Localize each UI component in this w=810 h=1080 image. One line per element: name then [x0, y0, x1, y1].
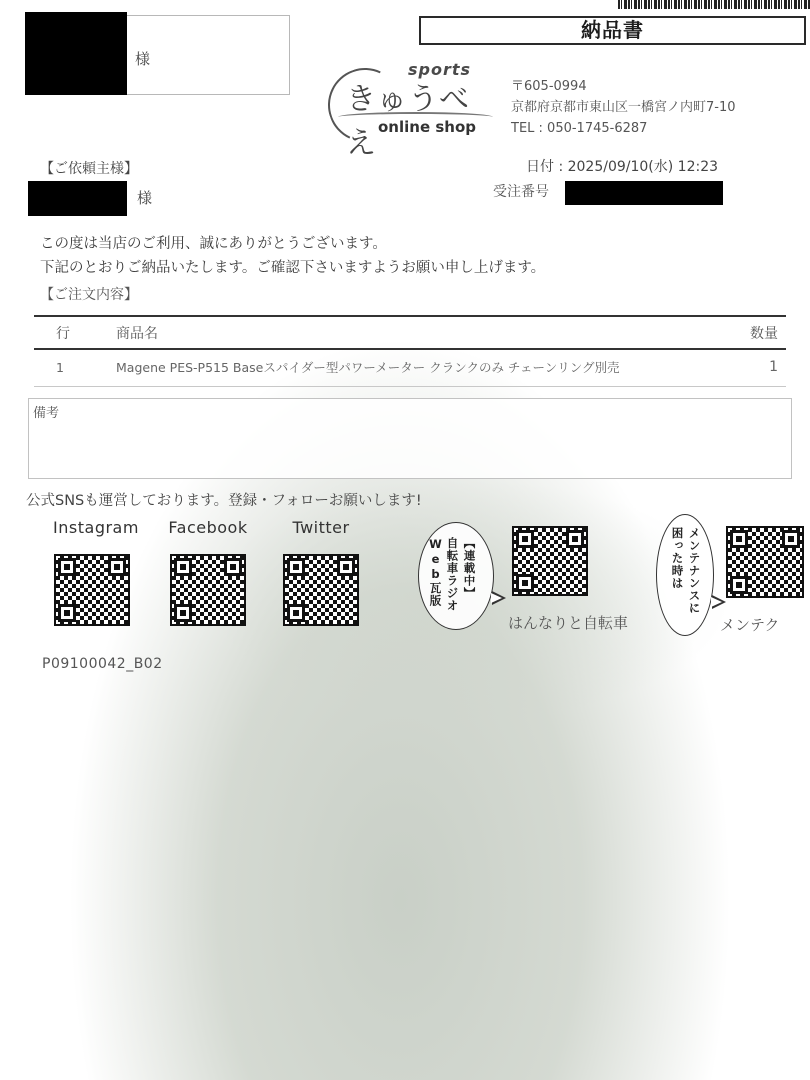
shop-postal-code: 〒605-0994	[511, 76, 736, 97]
greeting-line-1: この度は当店のご利用、誠にありがとうございます。	[40, 232, 545, 256]
shop-logo: sports きゅうべえ online shop	[328, 60, 498, 140]
shop-info: 〒605-0994 京都府京都市東山区一橋宮ノ内町7-10 TEL : 050-…	[511, 76, 736, 139]
shop-address: 京都府京都市東山区一橋宮ノ内町7-10	[511, 97, 736, 118]
column-header-product: 商品名	[116, 316, 718, 349]
maintenance-speech-bubble: メンテナンスに 困った時は	[656, 514, 714, 636]
radio-bubble-line-2: 自転車ラジオ	[446, 537, 458, 612]
requester-honorific: 様	[137, 187, 152, 208]
radio-bubble-line-1: 【連載中】	[463, 537, 475, 600]
radio-bubble-line-3: Web瓦版	[429, 537, 441, 607]
requester-label: 【ご依頼主様】	[40, 158, 138, 178]
order-items-table: 行 商品名 数量 1 Magene PES-P515 Baseスパイダー型パワー…	[34, 315, 786, 387]
instagram-qr-code-icon[interactable]	[56, 556, 128, 624]
facebook-label: Facebook	[158, 518, 258, 537]
item-quantity: 1	[718, 349, 786, 387]
remarks-box: 備考	[28, 398, 792, 479]
item-product-name: Magene PES-P515 Baseスパイダー型パワーメーター クランクのみ…	[116, 349, 718, 387]
facebook-qr-code-icon[interactable]	[172, 556, 244, 624]
sns-heading: 公式SNSも運営しております。登録・フォローお願いします!	[26, 489, 422, 510]
order-number-redacted	[565, 181, 723, 205]
radio-speech-bubble: 【連載中】 自転車ラジオ Web瓦版	[418, 522, 494, 630]
recipient-name-redacted	[25, 12, 127, 95]
maintenance-caption: メンテク	[720, 614, 779, 635]
table-row: 1 Magene PES-P515 Baseスパイダー型パワーメーター クランク…	[34, 349, 786, 387]
greeting-message: この度は当店のご利用、誠にありがとうございます。 下記のとおりご納品いたします。…	[40, 232, 545, 280]
column-header-quantity: 数量	[718, 316, 786, 349]
document-title: 納品書	[419, 16, 806, 45]
twitter-label: Twitter	[271, 518, 371, 537]
radio-qr-code-icon[interactable]	[514, 528, 586, 594]
table-header-row: 行 商品名 数量	[34, 316, 786, 349]
item-row-number: 1	[34, 349, 116, 387]
column-header-row: 行	[34, 316, 116, 349]
maintenance-bubble-line-1: メンテナンスに	[688, 527, 700, 615]
order-details-heading: 【ご注文内容】	[40, 284, 138, 304]
maintenance-qr-code-icon[interactable]	[728, 528, 802, 596]
shop-phone: TEL : 050-1745-6287	[511, 118, 736, 139]
bubble-tail-icon	[712, 595, 726, 609]
logo-online-shop-text: online shop	[378, 118, 476, 136]
maintenance-bubble-line-2: 困った時は	[671, 527, 683, 590]
twitter-qr-code-icon[interactable]	[285, 556, 357, 624]
remarks-label: 備考	[33, 402, 59, 421]
recipient-honorific: 様	[135, 48, 150, 69]
bubble-tail-icon	[492, 591, 506, 605]
document-code: P09100042_B02	[42, 656, 163, 672]
instagram-label: Instagram	[46, 518, 146, 537]
order-date: 日付 : 2025/09/10(水) 12:23	[526, 156, 718, 176]
order-number-label: 受注番号	[493, 181, 549, 201]
radio-caption: はんなりと自転車	[508, 612, 628, 633]
requester-name-redacted	[28, 181, 127, 216]
barcode	[618, 0, 810, 9]
greeting-line-2: 下記のとおりご納品いたします。ご確認下さいますようお願い申し上げます。	[40, 256, 545, 280]
